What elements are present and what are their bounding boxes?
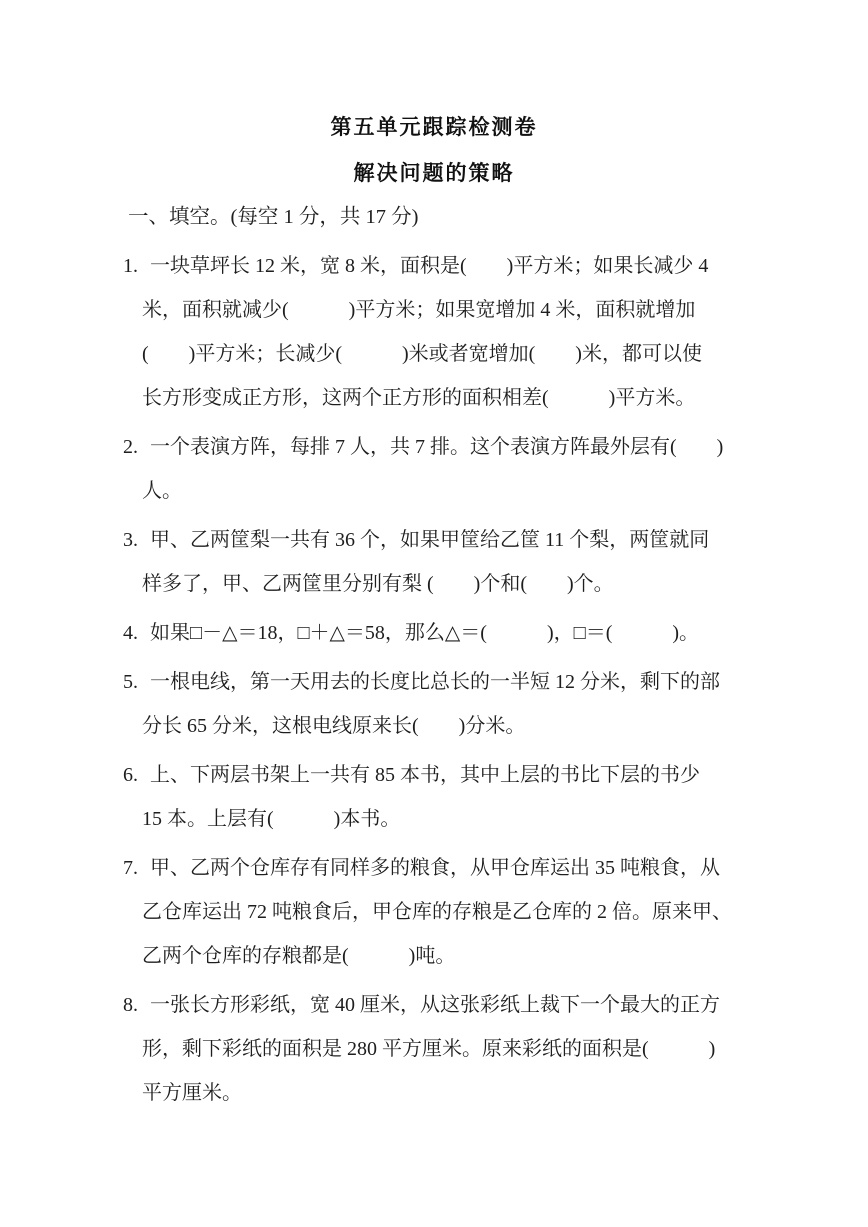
question-line: 一根电线，第一天用去的长度比总长的一半短 12 分米，剩下的部 [150, 660, 720, 704]
section-heading: 一、填空。(每空 1 分，共 17 分) [128, 195, 868, 239]
question-line: 形，剩下彩纸的面积是 280 平方厘米。原来彩纸的面积是( ) [142, 1027, 720, 1071]
question-line: 15 本。上层有( )本书。 [142, 797, 700, 841]
question-body: 甲、乙两筐梨一共有 36 个，如果甲筐给乙筐 11 个梨，两筐就同 样多了，甲、… [150, 518, 709, 606]
question-line: 长方形变成正方形，这两个正方形的面积相差( )平方米。 [142, 376, 708, 420]
question-5: 5. 一根电线，第一天用去的长度比总长的一半短 12 分米，剩下的部 分长 65… [123, 660, 868, 748]
question-7: 7. 甲、乙两个仓库存有同样多的粮食，从甲仓库运出 35 吨粮食，从 乙仓库运出… [123, 846, 868, 978]
doc-title: 第五单元跟踪检测卷 [0, 114, 868, 140]
question-line: ( )平方米；长减少( )米或者宽增加( )米，都可以使 [142, 332, 708, 376]
question-line: 一个表演方阵，每排 7 人，共 7 排。这个表演方阵最外层有( ) [150, 425, 723, 469]
question-line: 分长 65 分米，这根电线原来长( )分米。 [142, 704, 720, 748]
question-line: 如果□－△＝18，□＋△＝58，那么△＝( )，□＝( )。 [150, 611, 699, 655]
question-line: 一张长方形彩纸，宽 40 厘米，从这张彩纸上裁下一个最大的正方 [150, 983, 720, 1027]
question-body: 上、下两层书架上一共有 85 本书，其中上层的书比下层的书少 15 本。上层有(… [150, 753, 700, 841]
question-1: 1. 一块草坪长 12 米，宽 8 米，面积是( )平方米；如果长减少 4 米，… [123, 244, 868, 420]
question-line: 一块草坪长 12 米，宽 8 米，面积是( )平方米；如果长减少 4 [150, 244, 708, 288]
question-line: 人。 [142, 469, 723, 513]
question-6: 6. 上、下两层书架上一共有 85 本书，其中上层的书比下层的书少 15 本。上… [123, 753, 868, 841]
question-body: 甲、乙两个仓库存有同样多的粮食，从甲仓库运出 35 吨粮食，从 乙仓库运出 72… [150, 846, 732, 978]
question-line: 甲、乙两筐梨一共有 36 个，如果甲筐给乙筐 11 个梨，两筐就同 [150, 518, 709, 562]
question-line: 甲、乙两个仓库存有同样多的粮食，从甲仓库运出 35 吨粮食，从 [150, 846, 732, 890]
question-body: 一根电线，第一天用去的长度比总长的一半短 12 分米，剩下的部 分长 65 分米… [150, 660, 720, 748]
question-line: 米，面积就减少( )平方米；如果宽增加 4 米，面积就增加 [142, 288, 708, 332]
worksheet-page: 第五单元跟踪检测卷 解决问题的策略 一、填空。(每空 1 分，共 17 分) 1… [0, 0, 868, 1227]
question-line: 平方厘米。 [142, 1071, 720, 1115]
question-8: 8. 一张长方形彩纸，宽 40 厘米，从这张彩纸上裁下一个最大的正方 形，剩下彩… [123, 983, 868, 1115]
question-2: 2. 一个表演方阵，每排 7 人，共 7 排。这个表演方阵最外层有( ) 人。 [123, 425, 868, 513]
question-body: 如果□－△＝18，□＋△＝58，那么△＝( )，□＝( )。 [150, 611, 699, 655]
doc-subtitle: 解决问题的策略 [0, 160, 868, 186]
question-body: 一张长方形彩纸，宽 40 厘米，从这张彩纸上裁下一个最大的正方 形，剩下彩纸的面… [150, 983, 720, 1115]
question-line: 乙仓库运出 72 吨粮食后，甲仓库的存粮是乙仓库的 2 倍。原来甲、 [142, 890, 732, 934]
question-line: 上、下两层书架上一共有 85 本书，其中上层的书比下层的书少 [150, 753, 700, 797]
question-3: 3. 甲、乙两筐梨一共有 36 个，如果甲筐给乙筐 11 个梨，两筐就同 样多了… [123, 518, 868, 606]
question-line: 乙两个仓库的存粮都是( )吨。 [142, 934, 732, 978]
question-list: 1. 一块草坪长 12 米，宽 8 米，面积是( )平方米；如果长减少 4 米，… [0, 244, 868, 1115]
question-body: 一个表演方阵，每排 7 人，共 7 排。这个表演方阵最外层有( ) 人。 [150, 425, 723, 513]
question-line: 样多了，甲、乙两筐里分别有梨 ( )个和( )个。 [142, 562, 709, 606]
question-4: 4. 如果□－△＝18，□＋△＝58，那么△＝( )，□＝( )。 [123, 611, 868, 655]
question-number: 4. [123, 611, 150, 655]
question-body: 一块草坪长 12 米，宽 8 米，面积是( )平方米；如果长减少 4 米，面积就… [150, 244, 708, 420]
